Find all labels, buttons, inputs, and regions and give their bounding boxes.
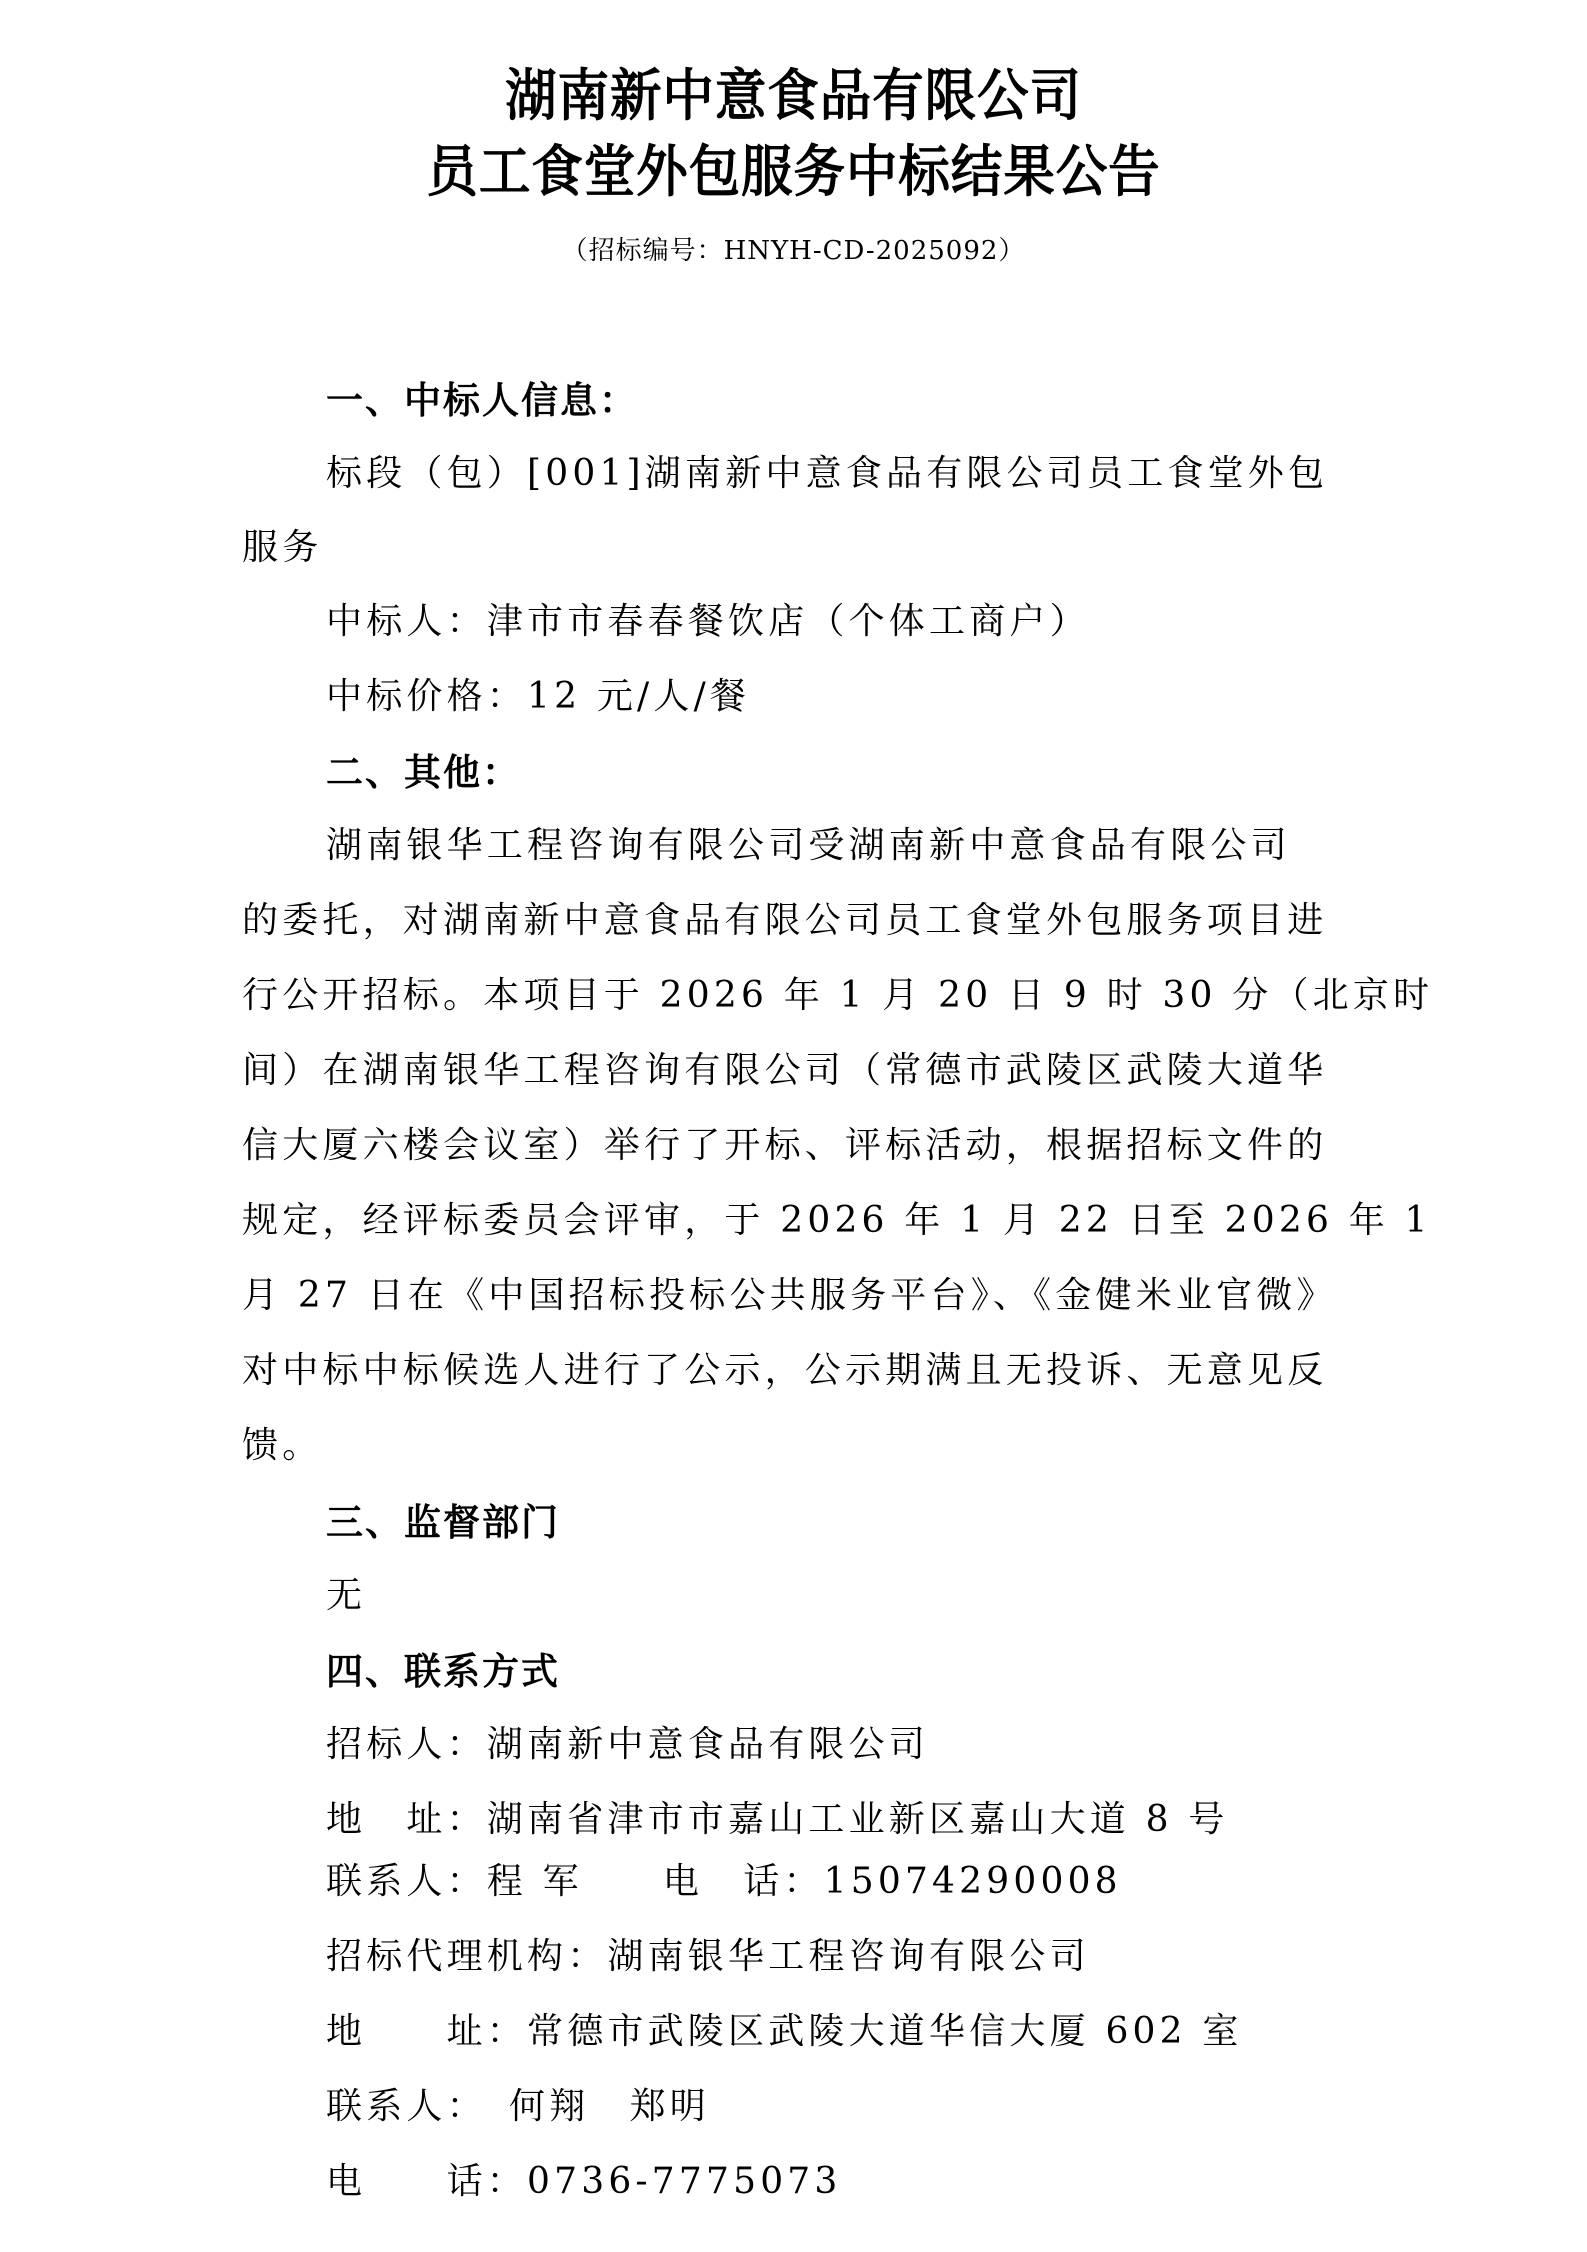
price-line: 中标价格：12 元/人/餐 — [326, 668, 750, 719]
paragraph-line: 信大厦六楼会议室）举行了开标、评标活动，根据招标文件的 — [242, 1117, 1327, 1168]
tenderer-phone: 电 话：15074290008 — [663, 1861, 1122, 1902]
section1-heading: 一、中标人信息： — [326, 370, 638, 424]
paragraph-line: 行公开招标。本项目于 2026 年 1 月 20 日 9 时 30 分（北京时 — [242, 967, 1433, 1018]
title-company: 湖南新中意食品有限公司 — [63, 52, 1523, 132]
tenderer-line: 招标人：湖南新中意食品有限公司 — [326, 1716, 929, 1767]
supervision-content: 无 — [326, 1567, 366, 1618]
agency-phone: 电 话：0736-7775073 — [326, 2153, 842, 2204]
paragraph-line: 间）在湖南银华工程咨询有限公司（常德市武陵区武陵大道华 — [242, 1042, 1327, 1093]
tender-number: （招标编号：HNYH-CD-2025092） — [0, 230, 1587, 267]
agency-address: 地 址：常德市武陵区武陵大道华信大厦 602 室 — [326, 2003, 1243, 2054]
tenderer-contact-person: 联系人：程 军 — [326, 1861, 583, 1902]
paragraph-line: 月 27 日在《中国招标投标公共服务平台》、《金健米业官微》 — [242, 1267, 1337, 1318]
tenderer-contact: 联系人：程 军电 话：15074290008 — [326, 1853, 1122, 1904]
agency-line: 招标代理机构：湖南银华工程咨询有限公司 — [326, 1928, 1090, 1979]
winner-line: 中标人：津市市春春餐饮店（个体工商户） — [326, 593, 1090, 644]
paragraph-line: 湖南银华工程咨询有限公司受湖南新中意食品有限公司 — [326, 817, 1291, 868]
paragraph-line: 规定，经评标委员会评审，于 2026 年 1 月 22 日至 2026 年 1 — [242, 1192, 1432, 1243]
paragraph-line: 馈。 — [242, 1417, 322, 1468]
title-announcement: 员工食堂外包服务中标结果公告 — [63, 128, 1523, 208]
paragraph-line: 的委托，对湖南新中意食品有限公司员工食堂外包服务项目进 — [242, 892, 1327, 943]
section4-heading: 四、联系方式 — [326, 1641, 560, 1695]
tenderer-address: 地 址：湖南省津市市嘉山工业新区嘉山大道 8 号 — [326, 1791, 1229, 1842]
lot-line-2: 服务 — [242, 519, 322, 570]
lot-line-1: 标段（包）[001]湖南新中意食品有限公司员工食堂外包 — [326, 445, 1328, 496]
section2-heading: 二、其他： — [326, 742, 521, 796]
section3-heading: 三、监督部门 — [326, 1492, 560, 1546]
paragraph-line: 对中标中标候选人进行了公示，公示期满且无投诉、无意见反 — [242, 1342, 1327, 1393]
agency-contacts: 联系人： 何翔 郑明 — [326, 2078, 710, 2129]
